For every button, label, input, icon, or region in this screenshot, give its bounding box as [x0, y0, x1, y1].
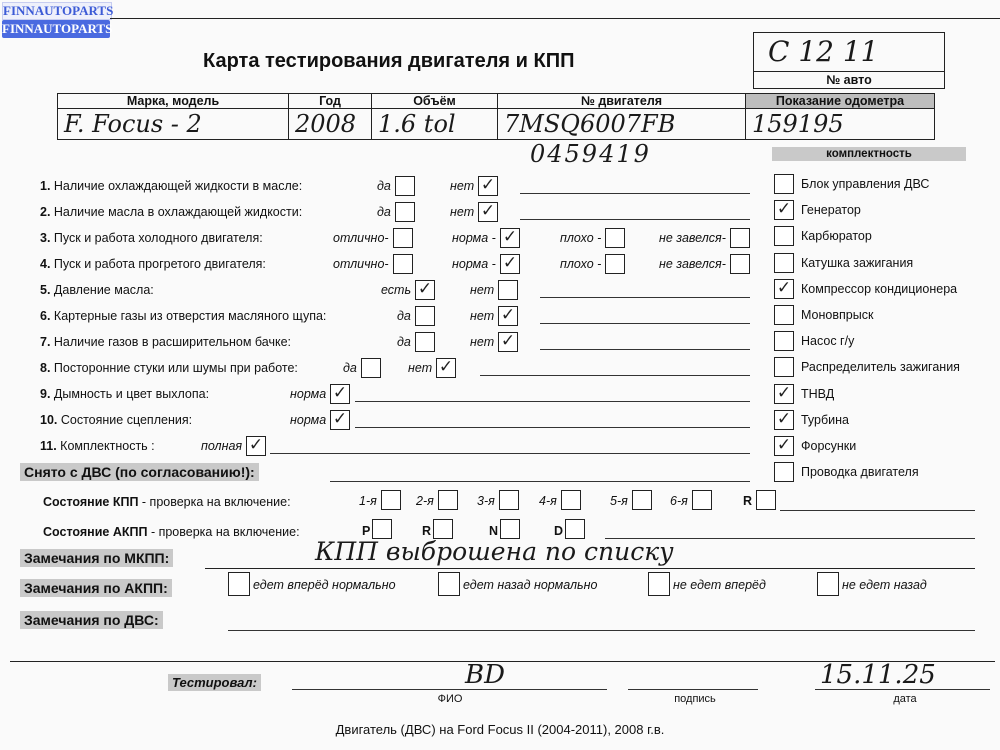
engine-no-extra: 0459419 [530, 140, 651, 168]
check-option-box[interactable]: ✓ [330, 384, 350, 404]
remark-line [355, 401, 750, 402]
check-item-text: Наличие масла в охлаждающей жидкости: [54, 205, 302, 219]
check-item-text: Посторонние стуки или шумы при работе: [54, 361, 298, 375]
col-year: Год [289, 94, 372, 109]
date-value[interactable]: 15.11.25 [820, 660, 936, 690]
kpp-gear-label: 4-я [539, 494, 557, 508]
akpp-gear-label: N [489, 524, 498, 538]
fio-label: ФИО [420, 693, 480, 705]
check-item-number: 8. [40, 361, 54, 375]
kpp-gear-box[interactable] [438, 490, 458, 510]
dvs-remarks-line [228, 630, 975, 631]
completeness-checkbox[interactable] [774, 174, 794, 194]
signature-line [628, 689, 758, 690]
completeness-item-label: Генератор [801, 203, 861, 217]
check-item-label: 3. Пуск и работа холодного двигателя: [40, 231, 263, 245]
akpp-remark-checkbox[interactable] [438, 572, 460, 596]
car-number-value: C 12 11 [754, 33, 944, 72]
page-title: Карта тестирования двигателя и КПП [203, 50, 574, 73]
check-option-box[interactable] [415, 306, 435, 326]
check-option-label: нет [450, 179, 474, 193]
check-item-number: 11. [40, 439, 60, 453]
check-option-box[interactable] [498, 280, 518, 300]
completeness-checkbox[interactable] [774, 226, 794, 246]
akpp-remark-checkbox[interactable] [817, 572, 839, 596]
kpp-gear-label: 5-я [610, 494, 628, 508]
check-option-label: отлично- [333, 257, 389, 271]
kpp-gear-box[interactable] [381, 490, 401, 510]
completeness-item-label: Катушка зажигания [801, 256, 913, 270]
check-option-label: не завелся- [659, 231, 726, 245]
akpp-remark-label: едет назад нормально [463, 578, 597, 592]
check-option-label: плохо - [560, 231, 601, 245]
removed-line [330, 481, 750, 482]
check-option-box[interactable] [393, 228, 413, 248]
dvs-remarks-label: Замечания по ДВС: [20, 611, 163, 629]
kpp-gear-label: 2-я [416, 494, 434, 508]
kpp-gear-label: 6-я [670, 494, 688, 508]
check-option-label: нет [470, 335, 494, 349]
check-option-label: нет [450, 205, 474, 219]
check-item-text: Наличие газов в расширительном бачке: [54, 335, 291, 349]
kpp-gear-box[interactable] [756, 490, 776, 510]
completeness-checkbox[interactable]: ✓ [774, 410, 794, 430]
completeness-checkbox[interactable]: ✓ [774, 279, 794, 299]
completeness-item-label: Проводка двигателя [801, 465, 919, 479]
check-item-label: 2. Наличие масла в охлаждающей жидкости: [40, 205, 302, 219]
remark-line [540, 349, 750, 350]
check-item-text: Давление масла: [54, 283, 154, 297]
mkpp-remarks-line [205, 568, 975, 569]
check-option-box[interactable] [395, 176, 415, 196]
date-label: дата [875, 693, 935, 705]
engine-no-value: 7MSQ6007FB [498, 109, 746, 140]
fio-line [292, 689, 607, 690]
check-option-box[interactable] [730, 254, 750, 274]
check-item-label: 11. Комплектность : [40, 439, 155, 453]
check-option-box[interactable]: ✓ [500, 228, 520, 248]
check-option-box[interactable]: ✓ [500, 254, 520, 274]
col-model: Марка, модель [58, 94, 289, 109]
check-item-number: 3. [40, 231, 54, 245]
check-option-box[interactable]: ✓ [330, 410, 350, 430]
top-border [110, 18, 1000, 19]
mkpp-remarks-value[interactable]: КПП выброшена по списку [315, 537, 674, 566]
check-option-label: есть [381, 283, 411, 297]
caption: Двигатель (ДВС) на Ford Focus II (2004-2… [0, 722, 1000, 737]
check-option-box[interactable]: ✓ [498, 332, 518, 352]
remark-line [355, 427, 750, 428]
kpp-gear-label: 3-я [477, 494, 495, 508]
completeness-item-label: Карбюратор [801, 229, 872, 243]
check-item-number: 2. [40, 205, 54, 219]
check-option-label: нет [470, 309, 494, 323]
check-item-text: Пуск и работа прогретого двигателя: [54, 257, 266, 271]
check-option-box[interactable] [605, 228, 625, 248]
removed-label: Снято с ДВС (по согласованию!): [20, 463, 259, 481]
check-item-label: 5. Давление масла: [40, 283, 154, 297]
akpp-remark-checkbox[interactable] [648, 572, 670, 596]
completeness-checkbox[interactable]: ✓ [774, 436, 794, 456]
remark-line [270, 453, 750, 454]
completeness-item-label: Блок управления ДВС [801, 177, 929, 191]
check-item-text: Пуск и работа холодного двигателя: [54, 231, 263, 245]
completeness-checkbox[interactable] [774, 331, 794, 351]
check-item-label: 9. Дымность и цвет выхлопа: [40, 387, 209, 401]
check-option-label: да [377, 205, 391, 219]
remark-line [480, 375, 750, 376]
akpp-gear-label: R [422, 524, 431, 538]
remark-line [540, 297, 750, 298]
kpp-gear-label: R [743, 494, 752, 508]
mkpp-remarks-label: Замечания по МКПП: [20, 549, 173, 567]
watermark-logo: FINNAUTOPARTS [2, 2, 112, 20]
completeness-checkbox[interactable] [774, 357, 794, 377]
check-item-text: Состояние сцепления: [61, 413, 192, 427]
completeness-checkbox[interactable] [774, 305, 794, 325]
completeness-item-label: Компрессор кондиционера [801, 282, 957, 296]
model-value: F. Focus - 2 [58, 109, 289, 140]
completeness-checkbox[interactable]: ✓ [774, 200, 794, 220]
check-item-text: Картерные газы из отверстия масляного щу… [54, 309, 326, 323]
check-item-number: 10. [40, 413, 61, 427]
check-item-label: 7. Наличие газов в расширительном бачке: [40, 335, 291, 349]
completeness-title: комплектность [772, 147, 966, 161]
odometer-label: Показание одометра [746, 94, 935, 109]
akpp-gear-label: D [554, 524, 563, 538]
check-item-number: 6. [40, 309, 54, 323]
car-number-label: № авто [754, 72, 944, 88]
completeness-item-label: Турбина [801, 413, 849, 427]
check-item-text: Дымность и цвет выхлопа: [54, 387, 209, 401]
check-item-number: 9. [40, 387, 54, 401]
akpp-remark-label: не едет назад [842, 578, 927, 592]
akpp-remark-label: едет вперёд нормально [253, 578, 396, 592]
remark-line [540, 323, 750, 324]
check-option-label: полная [201, 439, 242, 453]
check-item-label: 1. Наличие охлаждающей жидкости в масле: [40, 179, 302, 193]
akpp-remarks-label: Замечания по АКПП: [20, 579, 172, 597]
check-option-box[interactable] [395, 202, 415, 222]
kpp-line [780, 510, 975, 511]
completeness-item-label: Моновпрыск [801, 308, 873, 322]
check-option-box[interactable] [361, 358, 381, 378]
check-option-label: нет [408, 361, 432, 375]
watermark-logo: FINNAUTOPARTS [2, 20, 110, 38]
check-option-label: плохо - [560, 257, 601, 271]
akpp-gear-label: P [362, 524, 370, 538]
check-option-label: норма [290, 387, 326, 401]
akpp-gear-box[interactable] [565, 519, 585, 539]
check-item-number: 1. [40, 179, 54, 193]
check-item-number: 5. [40, 283, 54, 297]
col-engine-no: № двигателя [498, 94, 746, 109]
kpp-gear-box[interactable] [692, 490, 712, 510]
check-item-label: 6. Картерные газы из отверстия масляного… [40, 309, 326, 323]
vehicle-header-table: Марка, модель Год Объём № двигателя Пока… [57, 93, 935, 140]
remark-line [520, 219, 750, 220]
volume-value: 1.6 tol [372, 109, 498, 140]
completeness-item-label: ТНВД [801, 387, 834, 401]
completeness-checkbox[interactable] [774, 462, 794, 482]
check-item-number: 7. [40, 335, 54, 349]
check-item-text: Комплектность : [60, 439, 154, 453]
car-number-box: C 12 11 № авто [753, 32, 945, 89]
kpp-label: Состояние КПП - проверка на включение: [43, 495, 291, 509]
check-option-box[interactable]: ✓ [415, 280, 435, 300]
check-option-label: да [397, 335, 411, 349]
check-option-label: норма [290, 413, 326, 427]
check-item-number: 4. [40, 257, 54, 271]
completeness-checkbox[interactable] [774, 253, 794, 273]
tested-label: Тестировал: [168, 674, 261, 691]
completeness-item-label: Распределитель зажигания [801, 360, 960, 374]
check-option-box[interactable] [605, 254, 625, 274]
check-option-box[interactable]: ✓ [498, 306, 518, 326]
kpp-gear-box[interactable] [561, 490, 581, 510]
check-item-text: Наличие охлаждающей жидкости в масле: [54, 179, 302, 193]
kpp-gear-label: 1-я [359, 494, 377, 508]
signature-label: подпись [665, 693, 725, 705]
check-item-label: 8. Посторонние стуки или шумы при работе… [40, 361, 298, 375]
check-option-box[interactable]: ✓ [478, 176, 498, 196]
check-option-label: норма - [452, 257, 496, 271]
check-option-box[interactable] [393, 254, 413, 274]
check-option-box[interactable] [415, 332, 435, 352]
check-item-label: 4. Пуск и работа прогретого двигателя: [40, 257, 266, 271]
akpp-remark-label: не едет вперёд [673, 578, 766, 592]
completeness-item-label: Насос г/у [801, 334, 854, 348]
check-option-box[interactable]: ✓ [246, 436, 266, 456]
check-option-box[interactable]: ✓ [436, 358, 456, 378]
akpp-gear-box[interactable] [433, 519, 453, 539]
check-option-box[interactable] [730, 228, 750, 248]
akpp-gear-box[interactable] [372, 519, 392, 539]
kpp-gear-box[interactable] [632, 490, 652, 510]
akpp-label: Состояние АКПП - проверка на включение: [43, 525, 300, 539]
check-option-label: не завелся- [659, 257, 726, 271]
check-option-label: да [343, 361, 357, 375]
completeness-checkbox[interactable]: ✓ [774, 384, 794, 404]
check-option-label: норма - [452, 231, 496, 245]
year-value: 2008 [289, 109, 372, 140]
kpp-gear-box[interactable] [499, 490, 519, 510]
fio-value[interactable]: BD [465, 660, 505, 690]
col-volume: Объём [372, 94, 498, 109]
check-option-label: да [377, 179, 391, 193]
akpp-gear-box[interactable] [500, 519, 520, 539]
check-option-box[interactable]: ✓ [478, 202, 498, 222]
odometer-value: 159195 [746, 109, 935, 140]
check-option-label: да [397, 309, 411, 323]
check-option-label: нет [470, 283, 494, 297]
completeness-item-label: Форсунки [801, 439, 856, 453]
remark-line [520, 193, 750, 194]
check-item-label: 10. Состояние сцепления: [40, 413, 192, 427]
check-option-label: отлично- [333, 231, 389, 245]
akpp-remark-checkbox[interactable] [228, 572, 250, 596]
